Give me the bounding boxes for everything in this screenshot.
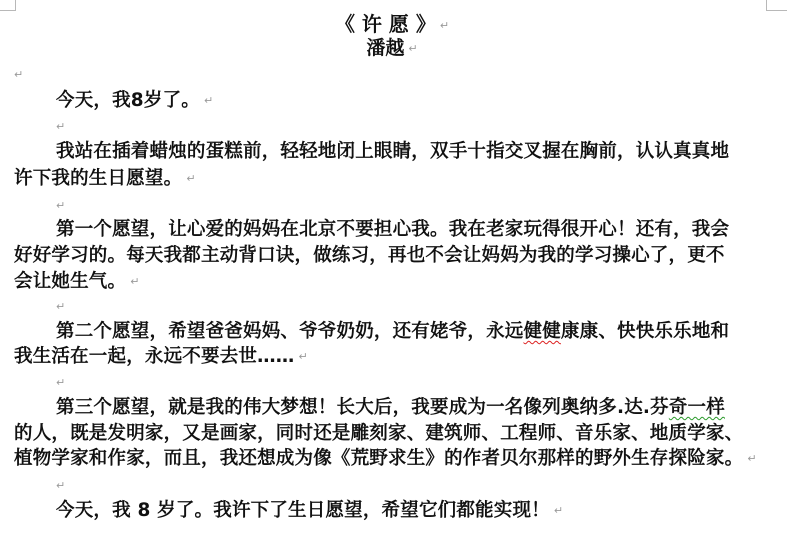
paragraph-5-line-2: 的人，既是发明家，又是画家，同时还是雕刻家、建筑师、工程师、音乐家、地质学家、 — [14, 423, 743, 445]
paragraph-mark-icon: ↵ — [56, 377, 65, 389]
paragraph-mark-icon: ↵ — [186, 172, 195, 185]
paragraph-mark-icon: ↵ — [408, 42, 417, 55]
paragraph-5-line-3: 植物学家和作家，而且，我还想成为像《荒野求生》的作者贝尔那样的野外生存探险家。↵ — [14, 448, 757, 470]
paragraph-mark-icon: ↵ — [747, 452, 756, 465]
paragraph-mark-icon: ↵ — [56, 480, 65, 492]
document-author: 潘越↵ — [14, 37, 770, 60]
paragraph-2-line-2: 许下我的生日愿望。↵ — [14, 168, 196, 190]
paragraph-mark-icon: ↵ — [56, 200, 65, 212]
paragraph-mark-icon: ↵ — [554, 504, 563, 517]
page-corner-mark-top-left — [0, 0, 16, 11]
paragraph-5-line-1: 第三个愿望，就是我的伟大梦想！长大后，我要成为一名像列奥纳多.达.芬奇一样 — [14, 397, 725, 419]
paragraph-mark-icon: ↵ — [14, 69, 23, 81]
paragraph-mark-icon: ↵ — [299, 350, 308, 363]
paragraph-4-line-1: 第二个愿望，希望爸爸妈妈、爷爷奶奶，还有姥爷，永远健健康康、快快乐乐地和 — [14, 321, 729, 343]
paragraph-mark-icon: ↵ — [204, 94, 213, 107]
spellcheck-flagged-word[interactable]: 健健 — [524, 321, 561, 342]
paragraph-mark-icon: ↵ — [130, 275, 139, 288]
paragraph-3-line-3: 会让她生气。↵ — [14, 271, 140, 293]
paragraph-6-line-1: 今天，我 8 岁了。我许下了生日愿望，希望它们都能实现！↵ — [14, 500, 563, 522]
document-title: 《 许 愿 》↵ — [14, 13, 770, 37]
paragraph-mark-icon: ↵ — [56, 301, 65, 313]
paragraph-3-line-2: 好好学习的。每天我都主动背口诀，做练习，再也不会让妈妈为我的学习操心了，更不 — [14, 245, 725, 267]
page-corner-mark-top-right — [766, 0, 787, 11]
grammar-flagged-phrase[interactable]: 奇一样 — [669, 397, 725, 418]
paragraph-2-line-1: 我站在插着蜡烛的蛋糕前，轻轻地闭上眼睛，双手十指交叉握在胸前，认认真真地 — [14, 141, 729, 163]
paragraph-mark-icon: ↵ — [440, 19, 449, 32]
paragraph-1-line-1: 今天，我8岁了。↵ — [14, 90, 213, 112]
paragraph-3-line-1: 第一个愿望，让心爱的妈妈在北京不要担心我。我在老家玩得很开心！还有，我会 — [14, 219, 729, 241]
paragraph-mark-icon: ↵ — [56, 121, 65, 133]
paragraph-4-line-2: 我生活在一起，永远不要去世……↵ — [14, 346, 308, 368]
